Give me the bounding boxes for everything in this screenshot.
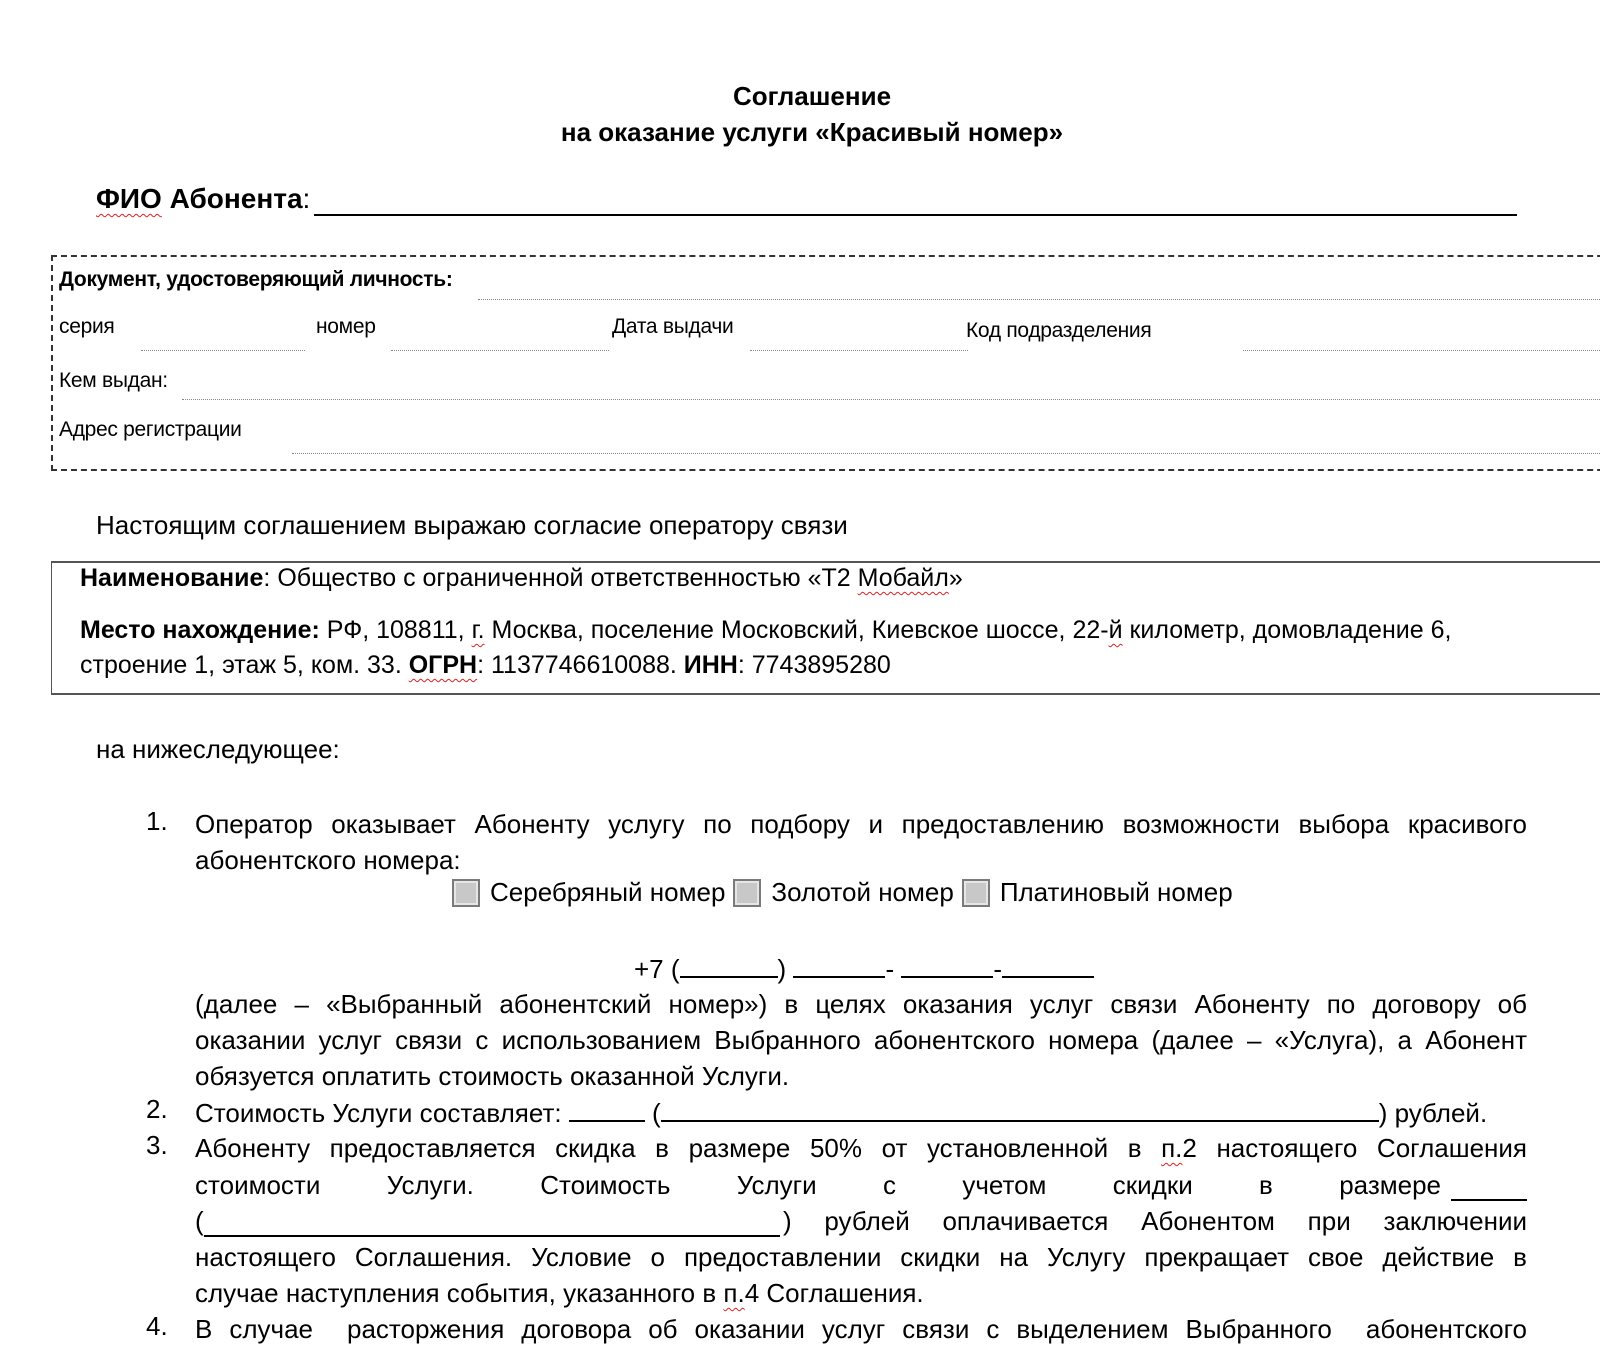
consent-intro: Настоящим соглашением выражаю согласие о… (96, 510, 848, 541)
identity-document-heading: Документ, удостоверяющий личность: (59, 268, 453, 292)
phone-part-2-field[interactable] (901, 950, 993, 978)
series-field[interactable] (141, 350, 305, 351)
location-part: километр, домовладение 6, (1123, 616, 1452, 644)
area-code-field[interactable] (680, 950, 778, 978)
subscriber-name-label: ФИО Абонента: (96, 183, 310, 215)
clause-1-line: Оператор оказывает Абоненту услугу по по… (195, 806, 1527, 842)
checkbox-icon[interactable] (452, 879, 480, 907)
phone-part-1-field[interactable] (793, 950, 885, 978)
phone-prefix: +7 ( (634, 954, 680, 984)
subscriber-name-field[interactable] (314, 214, 1517, 216)
inn-label: ИНН (684, 651, 738, 679)
document-subtitle: на оказание услуги «Красивый номер» (0, 114, 1600, 150)
phone-paren: ) (778, 954, 787, 984)
issue-date-field[interactable] (750, 350, 968, 351)
clause-number: 4. (146, 1311, 168, 1342)
phone-part-3-field[interactable] (1002, 950, 1094, 978)
clause-1-line: обязуется оплатить стоимость оказанной У… (195, 1058, 789, 1094)
clause-1-line: (далее – «Выбранный абонентский номер») … (195, 986, 1527, 1022)
option-label: Золотой номер (771, 877, 953, 908)
number-tier-options: Серебряный номер Золотой номер Платиновы… (452, 877, 1241, 908)
clause-3-line: Абоненту предоставляется скидка в размер… (195, 1130, 1527, 1166)
operator-brand: Мобайл (858, 564, 949, 592)
operator-name-value: : Общество с ограниченной ответственност… (263, 564, 857, 592)
option-silver[interactable]: Серебряный номер (452, 877, 725, 908)
discounted-price-words-field[interactable] (204, 1209, 780, 1237)
document-title: Соглашение (0, 78, 1600, 114)
series-label: серия (59, 315, 114, 339)
clause-1-line: оказании услуг связи с использованием Вы… (195, 1022, 1527, 1058)
number-label: номер (316, 315, 376, 339)
ogrn-value: : 1137746610088. (477, 651, 684, 679)
option-gold[interactable]: Золотой номер (733, 877, 953, 908)
following-text: на нижеследующее: (96, 734, 340, 765)
clause-3-line: стоимости Услуги. Стоимость Услуги с уче… (195, 1167, 1441, 1203)
address-label: Адрес регистрации (59, 418, 242, 442)
location-line2: строение 1, этаж 5, ком. 33. (80, 651, 409, 679)
issued-by-field[interactable] (182, 399, 1600, 400)
clause-4-line: В случае расторжения договора об оказани… (195, 1311, 1527, 1347)
phone-dash: - (885, 954, 894, 984)
clause-3-line: ) рублей оплачивается Абонентом при закл… (783, 1203, 1527, 1239)
fio-abbrev: ФИО (96, 183, 162, 214)
discounted-price-field[interactable] (1451, 1173, 1527, 1201)
identity-document-field[interactable] (478, 299, 1600, 300)
checkbox-icon[interactable] (962, 879, 990, 907)
option-label: Платиновый номер (1000, 877, 1233, 908)
operator-name-end: » (949, 564, 963, 592)
clause-ref: п. (1161, 1133, 1182, 1163)
location-suffix: й (1109, 616, 1123, 644)
location-part: РФ, 108811, (320, 616, 472, 644)
clause-3-text: 4 Соглашения. (745, 1278, 924, 1308)
phone-dash: - (993, 954, 1002, 984)
clause-3-text: Абоненту предоставляется скидка в размер… (195, 1133, 1161, 1163)
clause-3-line: случае наступления события, указанного в… (195, 1275, 924, 1311)
clause-3-text: случае наступления события, указанного в (195, 1278, 723, 1308)
location-part: Москва, поселение Московский, Киевское ш… (485, 616, 1109, 644)
location-city-abbrev: г. (472, 616, 485, 644)
inn-value: : 7743895280 (738, 651, 891, 679)
clause-2-text: Стоимость Услуги составляет: (195, 1098, 569, 1128)
clause-2-text: ) рублей. (1379, 1098, 1487, 1128)
clause-3-text: 2 настоящего Соглашения (1182, 1133, 1527, 1163)
operator-location: Место нахождение: РФ, 108811, г. Москва,… (80, 613, 1451, 648)
number-field[interactable] (391, 350, 609, 351)
clause-3-line: настоящего Соглашения. Условие о предост… (195, 1239, 1527, 1275)
operator-name-label: Наименование (80, 564, 263, 592)
option-label: Серебряный номер (490, 877, 725, 908)
division-code-field[interactable] (1243, 350, 1600, 351)
clause-number: 1. (146, 806, 168, 837)
operator-location-label: Место нахождение: (80, 616, 320, 644)
issued-by-label: Кем выдан: (59, 369, 168, 393)
checkbox-icon[interactable] (733, 879, 761, 907)
division-code-label: Код подразделения (966, 319, 1151, 343)
clause-number: 2. (146, 1094, 168, 1125)
phone-number-template: +7 () - - (634, 950, 1094, 987)
fio-colon: : (303, 183, 311, 214)
clause-3-open-paren: ( (195, 1203, 204, 1239)
clause-number: 3. (146, 1130, 168, 1161)
clause-2-text: ( (645, 1098, 661, 1128)
clause-1-line: абонентского номера: (195, 842, 461, 878)
clause-ref: п. (723, 1278, 744, 1308)
price-field[interactable] (569, 1094, 645, 1122)
ogrn-label: ОГРН (409, 651, 477, 679)
fio-word: Абонента (162, 183, 303, 214)
operator-registration: строение 1, этаж 5, ком. 33. ОГРН: 11377… (80, 648, 891, 683)
address-field[interactable] (292, 453, 1600, 454)
operator-name: Наименование: Общество с ограниченной от… (80, 561, 963, 596)
option-platinum[interactable]: Платиновый номер (962, 877, 1233, 908)
price-words-field[interactable] (661, 1094, 1379, 1122)
issue-date-label: Дата выдачи (612, 315, 733, 339)
clause-2: Стоимость Услуги составляет: () рублей. (195, 1094, 1487, 1131)
